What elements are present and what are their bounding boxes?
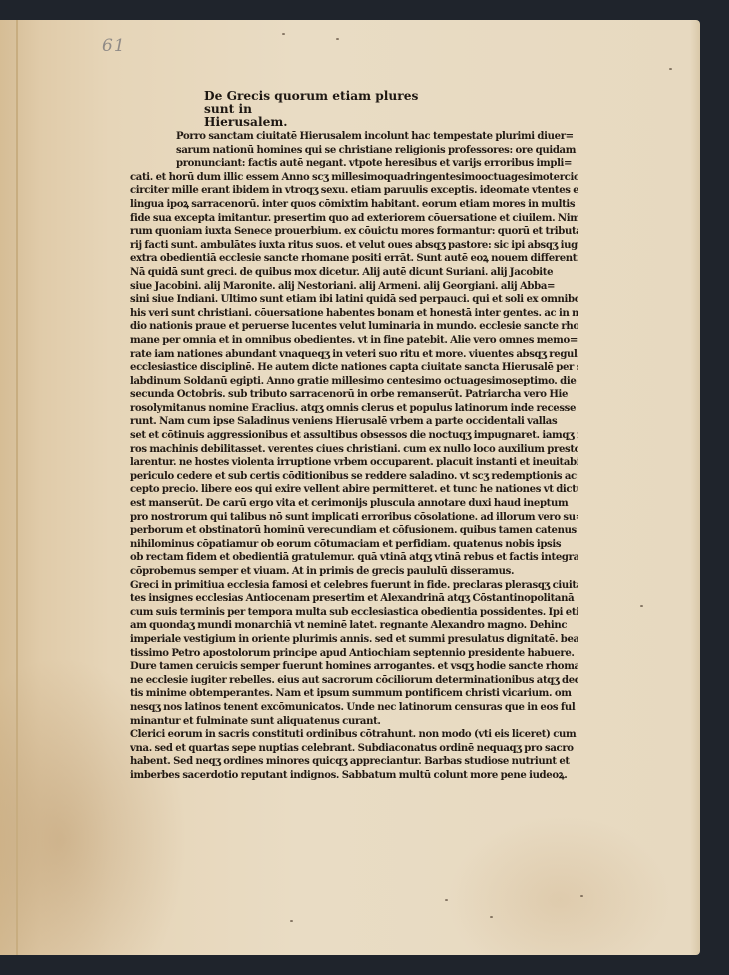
paper-spot — [290, 920, 293, 922]
text-line: ros machinis debilitasset. verentes ciue… — [130, 443, 578, 457]
text-line: ecclesiastice disciplinē. He autem dicte… — [130, 361, 578, 375]
text-line: extra obedientiā ecclesie sancte rhomane… — [130, 252, 578, 266]
text-line: Dure tamen ceruicis semper fuerunt homin… — [130, 660, 578, 674]
text-line: habent. Sed neqʒ ordines minores quicqʒ … — [130, 755, 578, 769]
text-line: Nā quidā sunt greci. de quibus mox dicet… — [130, 266, 578, 280]
paper-spot — [669, 68, 672, 70]
heading-line: De Grecis quorum etiam plures sunt in — [204, 90, 444, 116]
text-line: larentur. ne hostes violenta irruptione … — [130, 456, 578, 470]
text-line: am quondaʒ mundi monarchiā vt neminē lat… — [130, 619, 578, 633]
text-line: tes insignes ecclesias Antiocenam preser… — [130, 592, 578, 606]
text-line: tissimo Petro apostolorum principe apud … — [130, 647, 578, 661]
paper-spot — [445, 899, 448, 901]
text-line: perborum et obstinatorū hominū verecundi… — [130, 524, 578, 538]
heading-line: Hierusalem. — [204, 116, 444, 129]
text-line: Greci in primitiua ecclesia famosi et ce… — [130, 579, 578, 593]
text-line: fide sua excepta imitantur. presertim qu… — [130, 212, 578, 226]
paper-spot — [640, 605, 643, 607]
text-line: rij facti sunt. ambulātes iuxta ritus su… — [130, 239, 578, 253]
text-line: est manserūt. De carū ergo vita et cerim… — [130, 497, 578, 511]
text-line: rate iam nationes abundant vnaqueqʒ in v… — [130, 348, 578, 362]
text-line: cepto precio. libere eos qui exire velle… — [130, 483, 578, 497]
text-line: tis minime obtemperantes. Nam et ipsum s… — [130, 687, 578, 701]
text-line: pronunciant: factis autē negant. vtpote … — [130, 157, 578, 171]
text-line: sarum nationū homines qui se christiane … — [130, 144, 578, 158]
text-line: runt. Nam cum ipse Saladinus veniens Hie… — [130, 415, 578, 429]
text-line: his veri sunt christiani. cōuersatione h… — [130, 307, 578, 321]
text-line: imperiale vestigium in oriente plurimis … — [130, 633, 578, 647]
text-line: ne ecclesie iugiter rebelles. eius aut s… — [130, 674, 578, 688]
paper-spot — [580, 895, 583, 897]
text-line: labdinum Soldanū egipti. Anno gratie mil… — [130, 375, 578, 389]
text-line: imberbes sacerdotio reputant indignos. S… — [130, 769, 578, 783]
text-line: cum suis terminis per tempora multa sub … — [130, 606, 578, 620]
text-line: secunda Octobris. sub tributo sarracenor… — [130, 388, 578, 402]
text-line: Clerici eorum in sacris constituti ordin… — [130, 728, 578, 742]
text-line: vna. sed et quartas sepe nuptias celebra… — [130, 742, 578, 756]
text-line: circiter mille erant ibidem in vtroqʒ se… — [130, 184, 578, 198]
chapter-heading: De Grecis quorum etiam plures sunt in Hi… — [204, 90, 444, 129]
text-line: cōprobemus semper et viuam. At in primis… — [130, 565, 578, 579]
paper-spot — [336, 38, 339, 40]
text-line: pro nostrorum qui talibus nō sunt implic… — [130, 511, 578, 525]
text-line: mane per omnia et in omnibus obedientes.… — [130, 334, 578, 348]
text-line: set et cōtinuis aggressionibus et assult… — [130, 429, 578, 443]
text-line: periculo cedere et sub certis cōditionib… — [130, 470, 578, 484]
text-line: nihilominus cōpatiamur ob eorum cōtumaci… — [130, 538, 578, 552]
text-line: minantur et fulminate sunt aliquatenus c… — [130, 715, 578, 729]
body-text: Porro sanctam ciuitatē Hierusalem incolu… — [130, 130, 578, 783]
paper-spot — [282, 33, 285, 35]
paper-spot — [490, 916, 493, 918]
text-line: cati. et horū dum illic essem Anno scʒ m… — [130, 171, 578, 185]
text-line: nesqʒ nos latinos tenent excōmunicatos. … — [130, 701, 578, 715]
text-line: siue Jacobini. alij Maronite. alij Nesto… — [130, 280, 578, 294]
text-line: lingua ipoꝝ sarracenorū. inter quos cōmi… — [130, 198, 578, 212]
text-line: sini siue Indiani. Ultimo sunt etiam ibi… — [130, 293, 578, 307]
page-gutter — [16, 20, 18, 955]
text-line: rum quoniam iuxta Senece prouerbium. ex … — [130, 225, 578, 239]
text-line: rosolymitanus nomine Eraclius. atqʒ omni… — [130, 402, 578, 416]
text-line: Porro sanctam ciuitatē Hierusalem incolu… — [130, 130, 578, 144]
text-line: ob rectam fidem et obedientiā gratulemur… — [130, 551, 578, 565]
text-line: dio nationis praue et peruerse lucentes … — [130, 320, 578, 334]
folio-number: 61 — [102, 36, 126, 56]
